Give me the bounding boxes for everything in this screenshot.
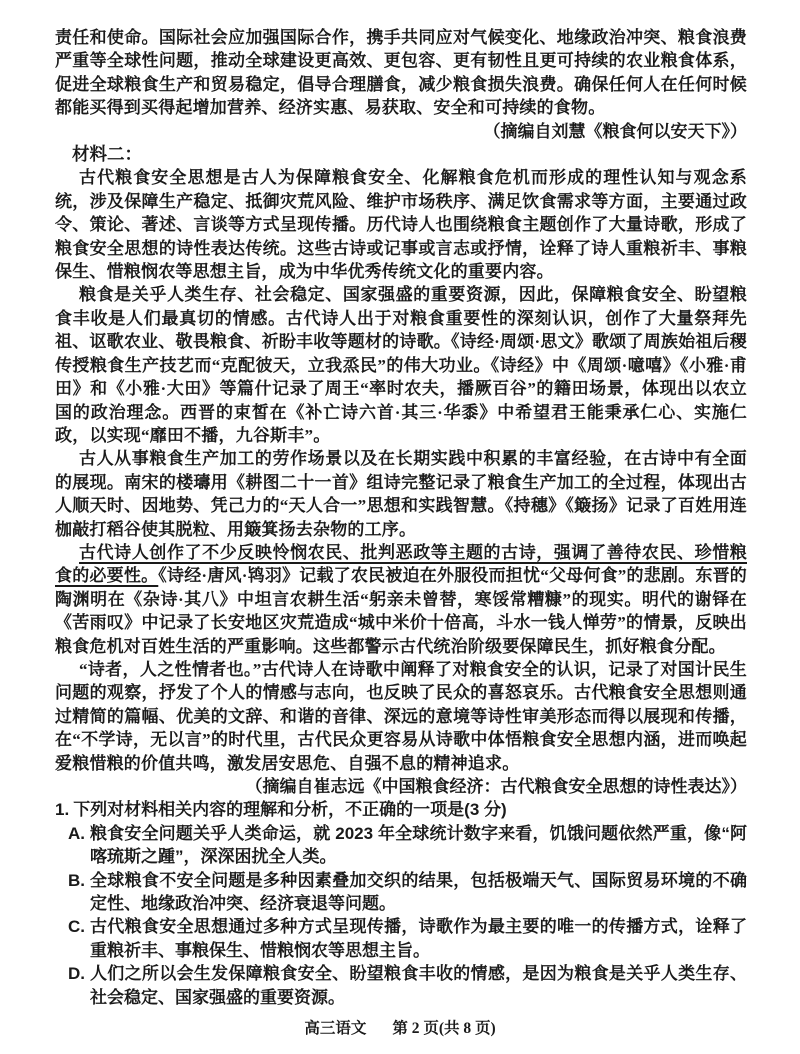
question-1-stem: 下列对材料相关内容的理解和分析，不正确的一项是(3 分) <box>73 798 747 821</box>
option-d-text: 人们之所以会生发保障粮食安全、盼望粮食丰收的情感，是因为粮食是关乎人类生存、社会… <box>90 962 747 1009</box>
material-two-paragraph-4: 古代诗人创作了不少反映怜悯农民、批判恶政等主题的古诗，强调了善待农民、珍惜粮食的… <box>55 541 747 658</box>
option-c-label: C. <box>68 915 90 938</box>
material-two-paragraph-3: 古人从事粮食生产加工的劳作场景以及在长期实践中积累的丰富经验，在古诗中有全面的展… <box>55 447 747 541</box>
material-two-heading: 材料二： <box>55 143 747 166</box>
material-two-paragraph-5: “诗者，人之性情者也。”古代诗人在诗歌中阐释了对粮食安全的认识，记录了对国计民生… <box>55 658 747 775</box>
exam-page: 责任和使命。国际社会应加强国际合作，携手共同应对气候变化、地缘政治冲突、粮食浪费… <box>0 0 800 1054</box>
question-1-option-b: B. 全球粮食不安全问题是多种因素叠加交织的结果，包括极端天气、国际贸易环境的不… <box>55 869 747 916</box>
question-1: 1. 下列对材料相关内容的理解和分析，不正确的一项是(3 分) A. 粮食安全问… <box>55 798 747 1009</box>
option-b-text: 全球粮食不安全问题是多种因素叠加交织的结果，包括极端天气、国际贸易环境的不确定性… <box>90 869 747 916</box>
page-footer: 高三语文 第 2 页(共 8 页) <box>0 1016 800 1038</box>
option-c-text: 古代粮食安全思想通过多种方式呈现传播，诗歌作为最主要的唯一的传播方式，诠释了重粮… <box>90 915 747 962</box>
question-1-option-d: D. 人们之所以会生发保障粮食安全、盼望粮食丰收的情感，是因为粮食是关乎人类生存… <box>55 962 747 1009</box>
material-one-attribution: （摘编自刘慧《粮食何以安天下》） <box>55 120 747 143</box>
material-two-paragraph-1: 古代粮食安全思想是古人为保障粮食安全、化解粮食危机而形成的理性认知与观念系统，涉… <box>55 166 747 283</box>
option-d-label: D. <box>68 962 90 985</box>
question-1-option-a: A. 粮食安全问题关乎人类命运，就 2023 年全球统计数字来看，饥饿问题依然严… <box>55 822 747 869</box>
option-a-text: 粮食安全问题关乎人类命运，就 2023 年全球统计数字来看，饥饿问题依然严重，像… <box>90 822 747 869</box>
option-b-label: B. <box>68 869 90 892</box>
question-1-stem-row: 1. 下列对材料相关内容的理解和分析，不正确的一项是(3 分) <box>55 798 747 821</box>
material-two-attribution: （摘编自崔志远《中国粮食经济：古代粮食安全思想的诗性表达》） <box>55 775 747 798</box>
material-two-section: 材料二： 古代粮食安全思想是古人为保障粮食安全、化解粮食危机而形成的理性认知与观… <box>55 143 747 798</box>
paragraph-4-rest: 《诗经·唐风·鸨羽》记载了农民被迫在外服役而担忧“父母何食”的悲剧。东晋的陶渊明… <box>55 566 747 655</box>
option-a-label: A. <box>68 822 90 845</box>
footer-subject: 高三语文 <box>304 1016 366 1038</box>
material-two-paragraph-2: 粮食是关乎人类生存、社会稳定、国家强盛的重要资源，因此，保障粮食安全、盼望粮食丰… <box>55 283 747 447</box>
question-1-option-c: C. 古代粮食安全思想通过多种方式呈现传播，诗歌作为最主要的唯一的传播方式，诠释… <box>55 915 747 962</box>
material-one-section: 责任和使命。国际社会应加强国际合作，携手共同应对气候变化、地缘政治冲突、粮食浪费… <box>55 26 747 143</box>
material-one-tail-paragraph: 责任和使命。国际社会应加强国际合作，携手共同应对气候变化、地缘政治冲突、粮食浪费… <box>55 26 747 120</box>
footer-page-number: 第 2 页(共 8 页) <box>392 1016 495 1038</box>
question-1-number: 1. <box>55 798 73 821</box>
